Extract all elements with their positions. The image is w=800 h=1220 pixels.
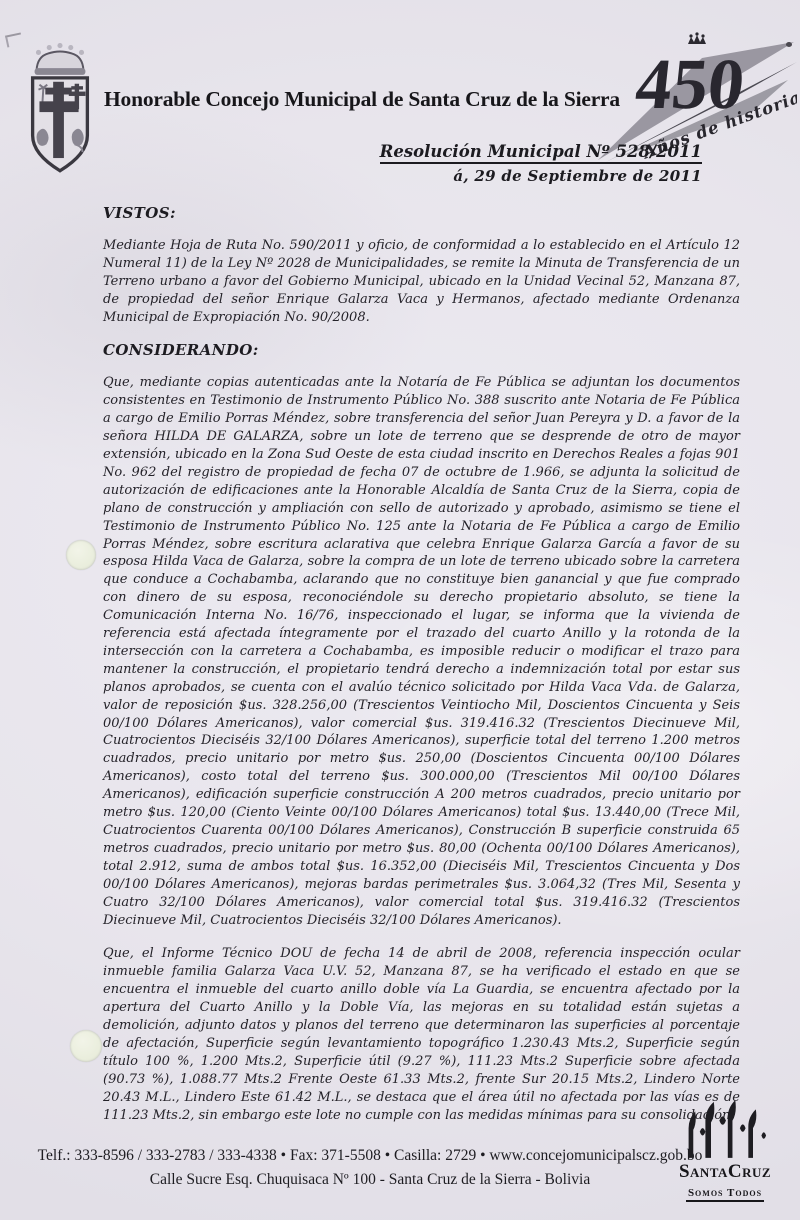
considerando-paragraph-1: Que, mediante copias autenticadas ante l… (103, 374, 740, 929)
punch-hole (70, 1030, 102, 1062)
santacruz-logo-tagline: Somos Todos (686, 1187, 764, 1202)
punch-hole (66, 540, 96, 570)
raised-hands-icon (683, 1100, 767, 1158)
santacruz-somos-todos-logo: SantaCruz Somos Todos (672, 1100, 778, 1202)
document-body: VISTOS: Mediante Hoja de Ruta No. 590/20… (103, 205, 740, 1125)
resolution-number: Resolución Municipal Nº 528/2011 (380, 142, 702, 164)
scan-speck (786, 42, 792, 47)
footer-address-line: Calle Sucre Esq. Chuquisaca Nº 100 - San… (0, 1168, 740, 1192)
resolution-date: á, 29 de Septiembre de 2011 (380, 167, 702, 185)
resolution-block: Resolución Municipal Nº 528/2011 á, 29 d… (380, 142, 702, 185)
footer-contact-line: Telf.: 333-8596 / 333-2783 / 333-4338 • … (0, 1144, 740, 1168)
institution-title: Honorable Concejo Municipal de Santa Cru… (104, 88, 644, 112)
santacruz-logo-name: SantaCruz (672, 1162, 778, 1181)
scanned-resolution-page: Honorable Concejo Municipal de Santa Cru… (0, 0, 800, 1220)
vistos-heading: VISTOS: (103, 205, 740, 223)
letterhead: Honorable Concejo Municipal de Santa Cru… (0, 0, 800, 195)
vistos-paragraph: Mediante Hoja de Ruta No. 590/2011 y ofi… (103, 237, 740, 327)
footer: Telf.: 333-8596 / 333-2783 / 333-4338 • … (0, 1144, 740, 1192)
considerando-heading: CONSIDERANDO: (103, 342, 740, 360)
considerando-paragraph-2: Que, el Informe Técnico DOU de fecha 14 … (103, 945, 740, 1124)
coat-of-arms-icon (16, 42, 104, 190)
